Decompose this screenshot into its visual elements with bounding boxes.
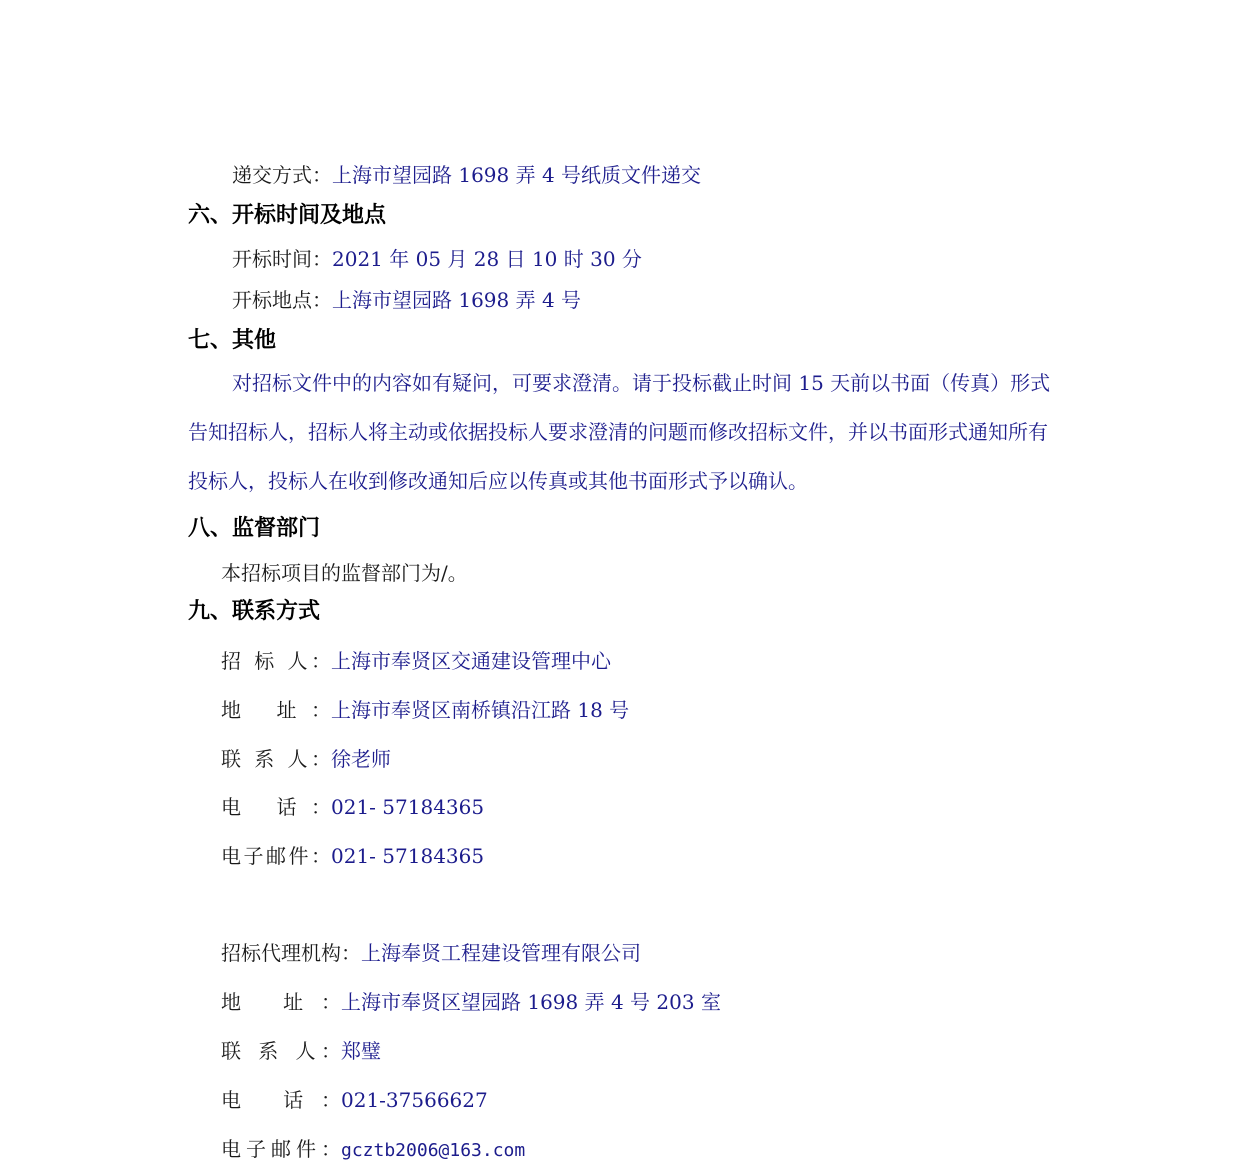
tenderer-email-row: 电子邮件：021- 57184365 [221,844,484,868]
section8-heading: 八、监督部门 [188,517,320,541]
submission-value: 上海市望园路 1698 弄 4 号纸质文件递交 [332,163,701,187]
opening-time-label: 开标时间： [232,247,332,271]
opening-place-label: 开标地点： [232,288,332,312]
agency-contact-label: 联 系 人： [221,1039,341,1063]
section9-heading: 九、联系方式 [188,600,320,624]
tenderer-phone-row: 电 话：021- 57184365 [221,795,484,819]
tenderer-contact-label: 联 系 人： [221,747,331,771]
agency-email-value: gcztb2006@163.com [341,1140,525,1161]
agency-contact-value: 郑璧 [341,1039,381,1063]
agency-phone-label: 电 话： [221,1088,341,1112]
submission-line: 递交方式：上海市望园路 1698 弄 4 号纸质文件递交 [232,163,701,187]
tenderer-address-label: 地 址： [221,698,331,722]
agency-email-row: 电子邮件：gcztb2006@163.com [221,1137,525,1163]
section7-paragraph: 对招标文件中的内容如有疑问，可要求澄清。请于投标截止时间 15 天前以书面（传真… [188,359,1058,506]
tenderer-contact-value: 徐老师 [331,747,391,771]
agency-contact-row: 联 系 人：郑璧 [221,1039,381,1063]
agency-row: 招标代理机构：上海奉贤工程建设管理有限公司 [221,941,641,965]
agency-phone-row: 电 话：021-37566627 [221,1088,488,1112]
opening-time-value: 2021 年 05 月 28 日 10 时 30 分 [332,247,642,271]
agency-address-value: 上海市奉贤区望园路 1698 弄 4 号 203 室 [341,990,721,1014]
tenderer-contact-row: 联 系 人：徐老师 [221,747,391,771]
section8-text: 本招标项目的监督部门为/。 [221,561,468,585]
submission-label: 递交方式： [232,163,332,187]
agency-address-row: 地 址：上海市奉贤区望园路 1698 弄 4 号 203 室 [221,990,721,1014]
tenderer-email-value: 021- 57184365 [331,844,484,868]
agency-email-label: 电子邮件： [221,1137,341,1161]
agency-value: 上海奉贤工程建设管理有限公司 [361,941,641,965]
opening-time-line: 开标时间：2021 年 05 月 28 日 10 时 30 分 [232,247,642,271]
agency-phone-value: 021-37566627 [341,1088,488,1112]
tenderer-phone-label: 电 话： [221,795,331,819]
agency-address-label: 地 址： [221,990,341,1014]
opening-place-value: 上海市望园路 1698 弄 4 号 [332,288,581,312]
tenderer-row: 招 标 人：上海市奉贤区交通建设管理中心 [221,649,611,673]
section7-heading: 七、其他 [188,329,276,353]
agency-label: 招标代理机构： [221,941,361,965]
tenderer-value: 上海市奉贤区交通建设管理中心 [331,649,611,673]
tenderer-phone-value: 021- 57184365 [331,795,484,819]
tenderer-email-label: 电子邮件： [221,844,331,868]
tenderer-address-row: 地 址：上海市奉贤区南桥镇沿江路 18 号 [221,698,629,722]
tenderer-label: 招 标 人： [221,649,331,673]
section6-heading: 六、开标时间及地点 [188,204,386,228]
tenderer-address-value: 上海市奉贤区南桥镇沿江路 18 号 [331,698,629,722]
opening-place-line: 开标地点：上海市望园路 1698 弄 4 号 [232,288,581,312]
